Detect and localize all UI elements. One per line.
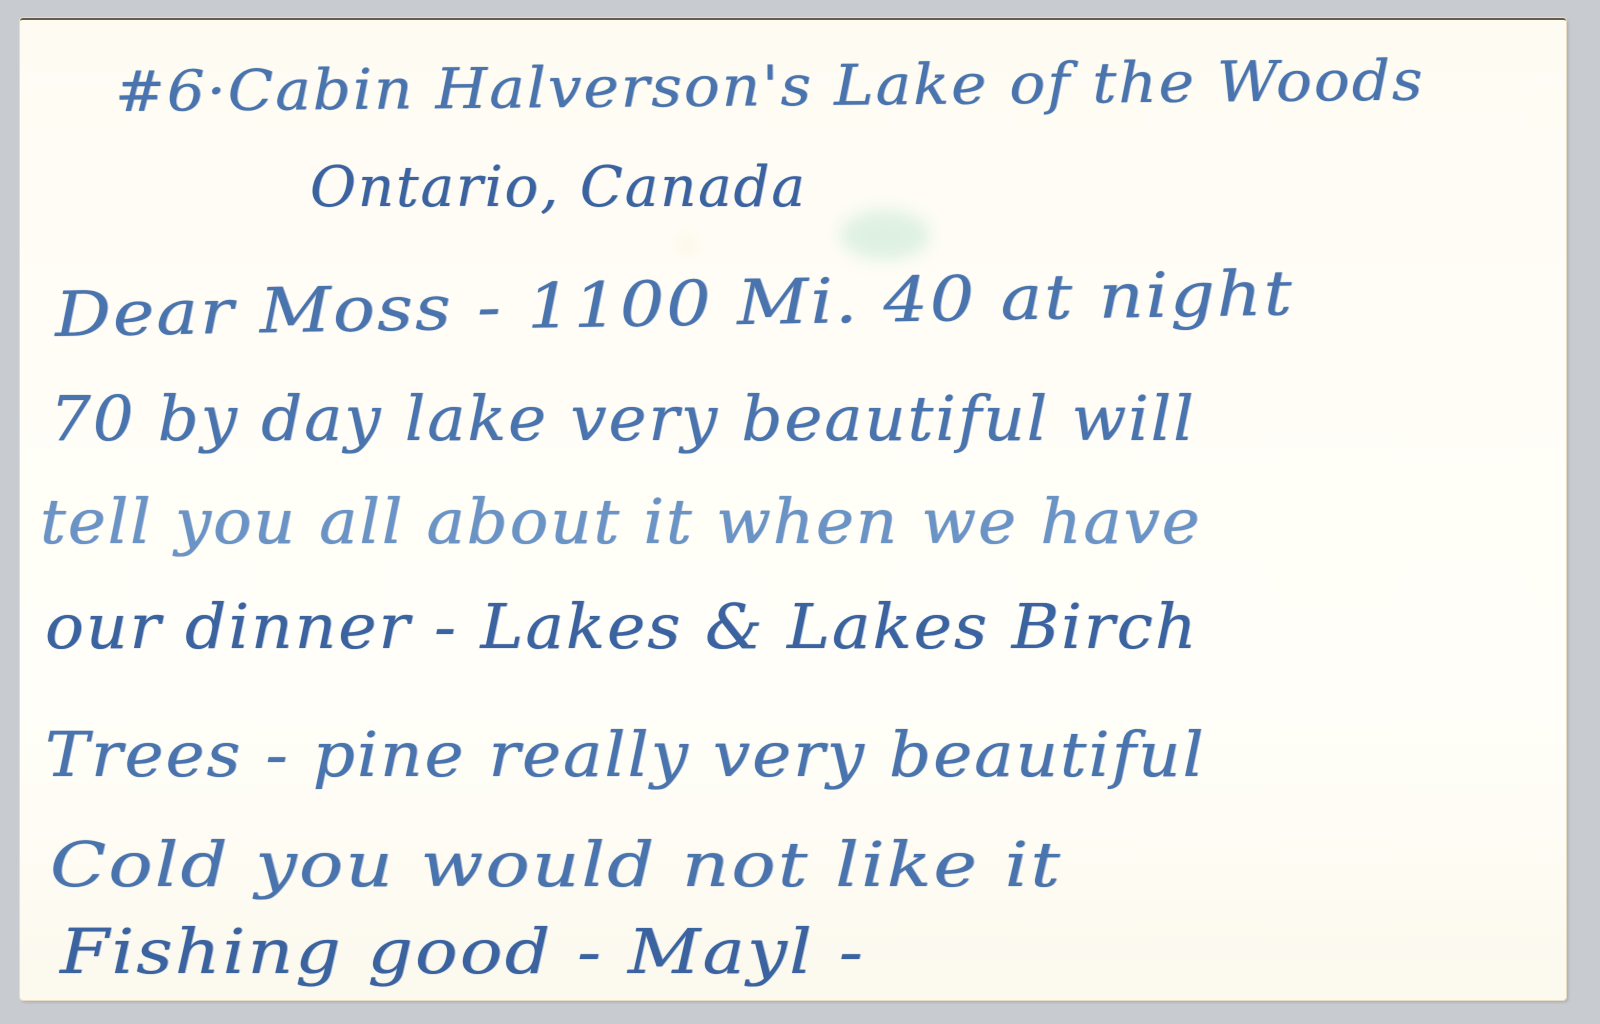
handwritten-line-7: Trees - pine really very beautiful xyxy=(45,718,1206,791)
handwritten-line-6: our dinner - Lakes & Lakes Birch xyxy=(45,590,1198,663)
handwritten-line-8: Cold you would not like it xyxy=(50,828,1062,901)
ink-stain xyxy=(840,210,930,260)
postcard-back: #6·Cabin Halverson's Lake of the Woods O… xyxy=(20,18,1566,1000)
paper-spot xyxy=(680,240,694,250)
handwritten-line-4: 70 by day lake very beautiful will xyxy=(50,382,1196,455)
handwritten-line-9: Fishing good - Mayl - xyxy=(60,915,865,988)
handwritten-line-3: Dear Moss - 1100 Mi. 40 at night xyxy=(54,256,1294,351)
handwritten-line-2: Ontario, Canada xyxy=(310,155,807,220)
handwritten-line-5: tell you all about it when we have xyxy=(40,485,1202,558)
handwritten-line-1: #6·Cabin Halverson's Lake of the Woods xyxy=(115,49,1425,125)
